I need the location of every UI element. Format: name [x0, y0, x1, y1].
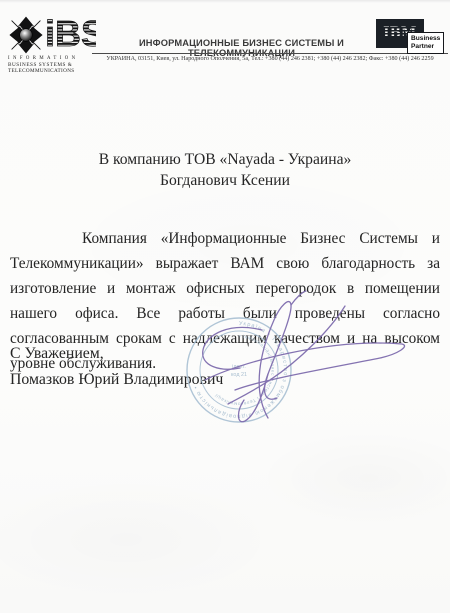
business-partner-label: Business Partner — [407, 32, 444, 54]
handwritten-signature — [170, 290, 410, 430]
company-title: ИНФОРМАЦИОННЫЕ БИЗНЕС СИСТЕМЫ И ТЕЛЕКОММ… — [100, 38, 383, 58]
recipient-line-1: В компанию ТОВ «Nayada - Украина» — [0, 149, 450, 170]
recipient-block: В компанию ТОВ «Nayada - Украина» Богдан… — [0, 149, 450, 191]
logo-subtitle-3: TELECOMMUNICATIONS — [8, 68, 100, 74]
logo-subtitle-1: INFORMATION — [8, 56, 100, 61]
logo-subtitle-2: BUSINESS SYSTEMS & — [8, 62, 100, 68]
ibs-wordmark: iBS — [44, 15, 96, 53]
ibs-brand-text: iBS — [45, 15, 96, 53]
ibm-business-partner-badge: IBM Business Partner — [376, 19, 448, 57]
scanned-letter-page: iBS INFORMATION BUSINESS SYSTEMS & TELEC… — [0, 0, 450, 613]
ibs-logo: iBS INFORMATION BUSINESS SYSTEMS & TELEC… — [8, 15, 100, 74]
ibs-logo-emblem-icon — [8, 15, 44, 55]
recipient-line-2: Богданович Ксении — [0, 170, 450, 191]
